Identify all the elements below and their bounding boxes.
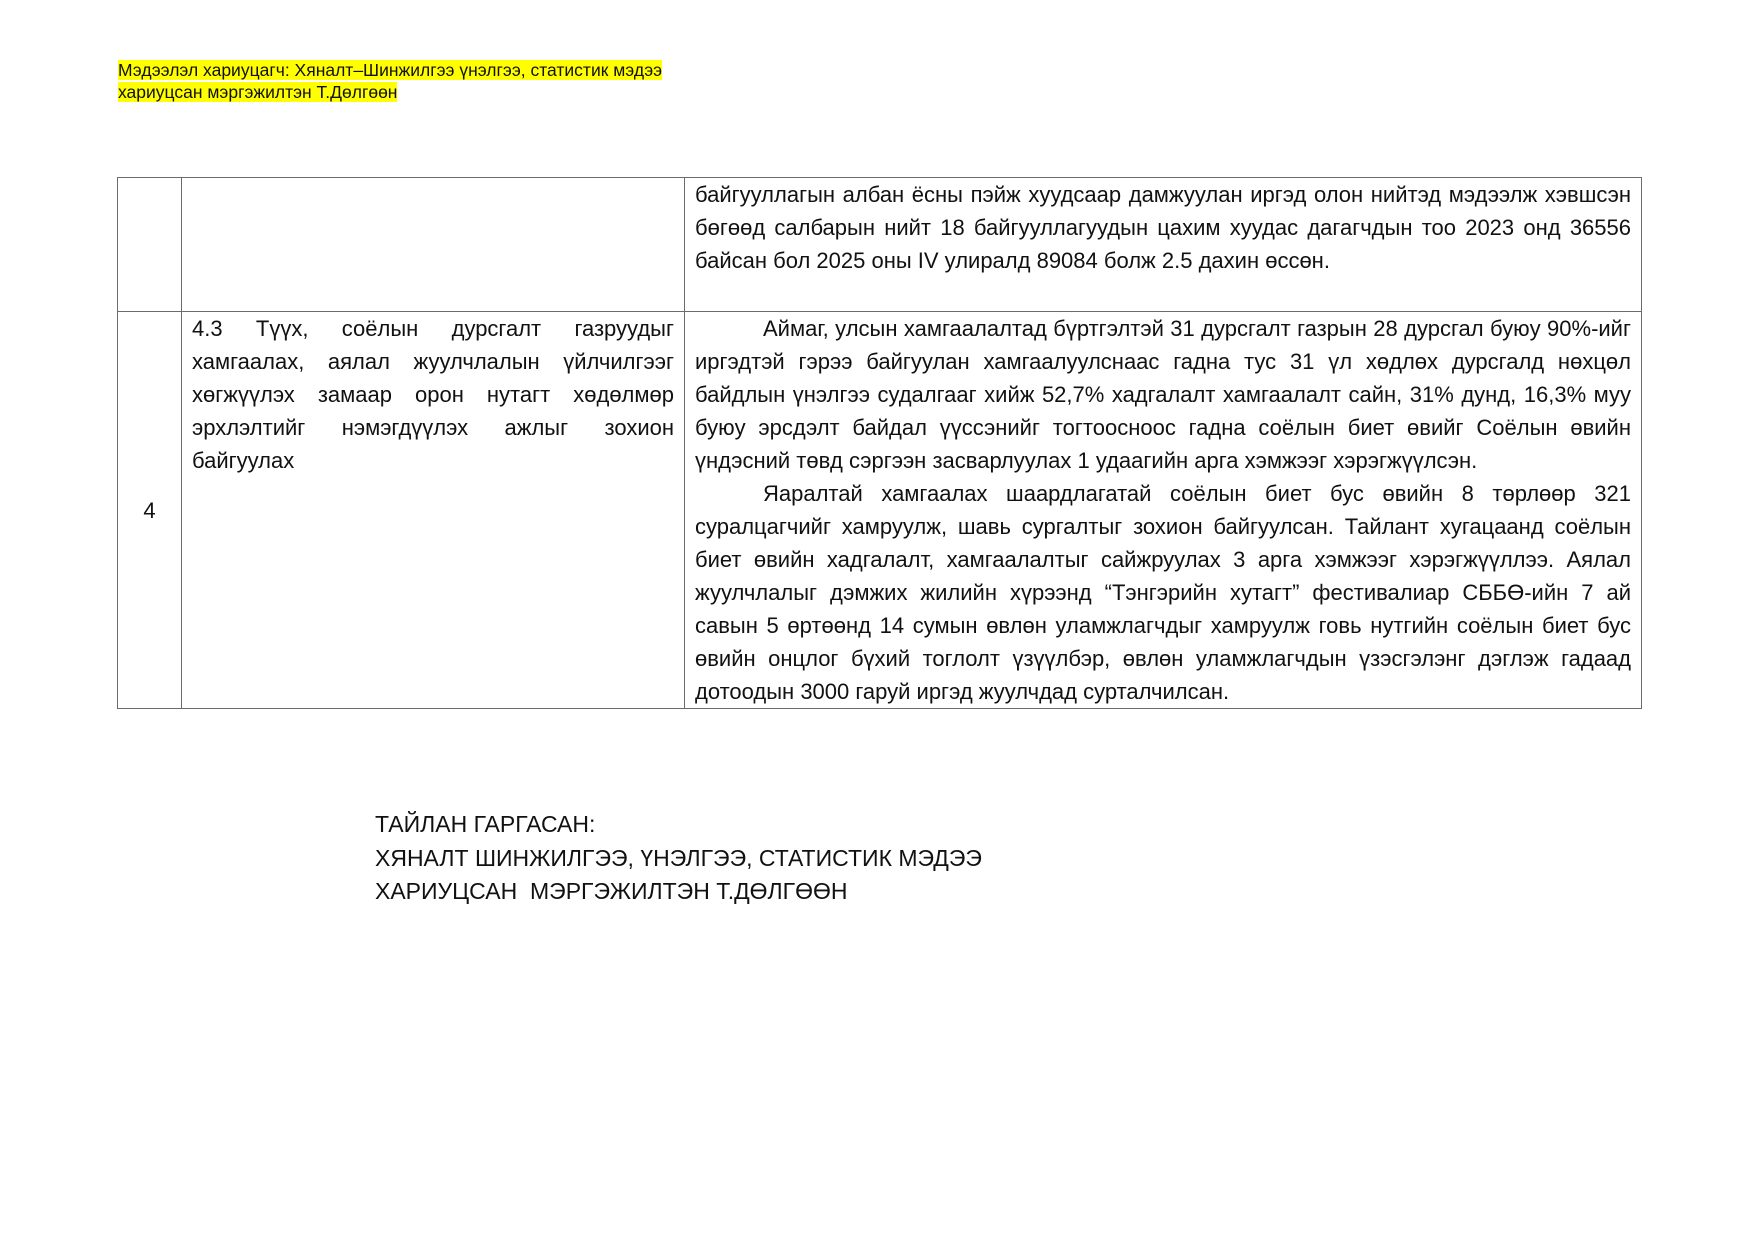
signature-line-3: ХАРИУЦСАН МЭРГЭЖИЛТЭН Т.ДӨЛГӨӨН <box>375 875 982 909</box>
report-table: байгууллагын албан ёсны пэйж хуудсаар да… <box>117 177 1642 709</box>
result-paragraph: байгууллагын албан ёсны пэйж хуудсаар да… <box>695 178 1631 277</box>
signature-line-1: ТАЙЛАН ГАРГАСАН: <box>375 808 982 842</box>
responsible-person-header: Мэдээлэл хариуцагч: Хяналт–Шинжилгээ үнэ… <box>118 59 662 103</box>
header-line-1: Мэдээлэл хариуцагч: Хяналт–Шинжилгээ үнэ… <box>118 60 662 80</box>
report-signature: ТАЙЛАН ГАРГАСАН: ХЯНАЛТ ШИНЖИЛГЭЭ, ҮНЭЛГ… <box>375 808 982 909</box>
signature-line-2: ХЯНАЛТ ШИНЖИЛГЭЭ, ҮНЭЛГЭЭ, СТАТИСТИК МЭД… <box>375 842 982 876</box>
result-cell: байгууллагын албан ёсны пэйж хуудсаар да… <box>685 178 1642 312</box>
table-row: 4 4.3 Түүх, соёлын дурсгалт газруудыг ха… <box>118 312 1642 709</box>
table-row: байгууллагын албан ёсны пэйж хуудсаар да… <box>118 178 1642 312</box>
result-cell: Аймаг, улсын хамгаалалтад бүртгэлтэй 31 … <box>685 312 1642 709</box>
row-number-cell: 4 <box>118 312 182 709</box>
header-line-2: хариуцсан мэргэжилтэн Т.Дөлгөөн <box>118 82 397 102</box>
row-number-cell <box>118 178 182 312</box>
result-paragraph: Аймаг, улсын хамгаалалтад бүртгэлтэй 31 … <box>695 312 1631 477</box>
result-paragraph: Яаралтай хамгаалах шаардлагатай соёлын б… <box>695 477 1631 708</box>
task-cell: 4.3 Түүх, соёлын дурсгалт газруудыг хамг… <box>182 312 685 709</box>
task-cell <box>182 178 685 312</box>
